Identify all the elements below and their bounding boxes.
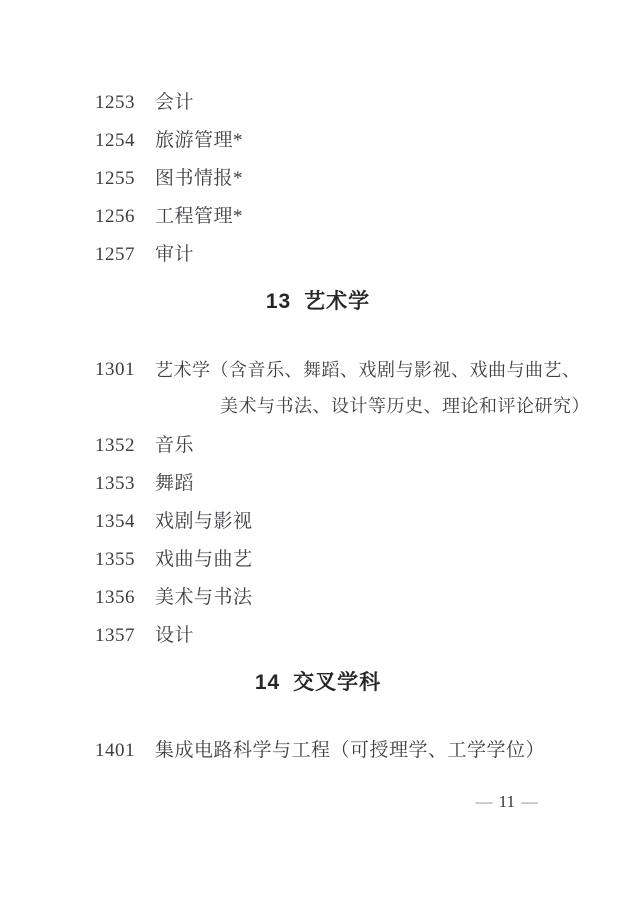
entry-code: 1256	[95, 206, 155, 228]
entry-name: 设计	[155, 625, 636, 647]
entry-name: 集成电路科学与工程（可授理学、工学学位）	[155, 740, 636, 762]
entry-name: 图书情报*	[155, 168, 636, 190]
entry-name: 艺术学（含音乐、舞蹈、戏剧与影视、戏曲与曲艺、美术与书法、设计等历史、理论和评论…	[155, 359, 636, 417]
footer-left-dash: —	[470, 792, 499, 811]
catalog-entry: 1256工程管理*	[95, 206, 636, 228]
entry-name: 美术与书法	[155, 587, 636, 609]
entry-code: 1253	[95, 92, 155, 114]
catalog-entry: 1354戏剧与影视	[95, 511, 636, 533]
catalog-entry: 1253会计	[95, 92, 636, 114]
catalog-entry: 1357设计	[95, 625, 636, 647]
entry-code: 1257	[95, 244, 155, 266]
entry-name: 戏剧与影视	[155, 511, 636, 533]
section-title: 艺术学	[304, 290, 370, 313]
page-number: 11	[499, 792, 515, 811]
footer-right-dash: —	[515, 792, 544, 811]
entry-name-line: 艺术学（含音乐、舞蹈、戏剧与影视、戏曲与曲艺、	[155, 359, 636, 381]
catalog-entry: 1353舞蹈	[95, 473, 636, 495]
page-footer: —11—	[0, 792, 636, 812]
entry-name: 工程管理*	[155, 206, 636, 228]
catalog-entry: 1352音乐	[95, 435, 636, 457]
catalog-entry: 1355戏曲与曲艺	[95, 549, 636, 571]
section-number: 13	[266, 290, 291, 313]
entry-code: 1357	[95, 625, 155, 647]
catalog-entry: 1255图书情报*	[95, 168, 636, 190]
catalog-entry: 1257审计	[95, 244, 636, 266]
catalog-entry: 1301艺术学（含音乐、舞蹈、戏剧与影视、戏曲与曲艺、美术与书法、设计等历史、理…	[95, 359, 636, 417]
entry-code: 1255	[95, 168, 155, 190]
entry-code: 1354	[95, 511, 155, 533]
section-number: 14	[255, 671, 280, 694]
entry-name: 戏曲与曲艺	[155, 549, 636, 571]
section-title: 交叉学科	[293, 671, 381, 694]
entry-name: 旅游管理*	[155, 130, 636, 152]
catalog-entry: 1401集成电路科学与工程（可授理学、工学学位）	[95, 740, 636, 762]
entry-code: 1356	[95, 587, 155, 609]
entry-name: 会计	[155, 92, 636, 114]
discipline-catalog: 1253会计1254旅游管理*1255图书情报*1256工程管理*1257审计1…	[0, 0, 636, 762]
entry-code: 1301	[95, 359, 155, 417]
entry-code: 1355	[95, 549, 155, 571]
entry-code: 1352	[95, 435, 155, 457]
entry-code: 1401	[95, 740, 155, 762]
entry-name-line: 美术与书法、设计等历史、理论和评论研究）	[220, 395, 636, 417]
entry-name: 审计	[155, 244, 636, 266]
entry-code: 1353	[95, 473, 155, 495]
section-heading-13: 13艺术学	[0, 290, 636, 314]
document-page: 1253会计1254旅游管理*1255图书情报*1256工程管理*1257审计1…	[0, 0, 636, 900]
section-heading-14: 14交叉学科	[0, 671, 636, 695]
catalog-entry: 1254旅游管理*	[95, 130, 636, 152]
catalog-entry: 1356美术与书法	[95, 587, 636, 609]
entry-code: 1254	[95, 130, 155, 152]
entry-name: 音乐	[155, 435, 636, 457]
entry-name: 舞蹈	[155, 473, 636, 495]
